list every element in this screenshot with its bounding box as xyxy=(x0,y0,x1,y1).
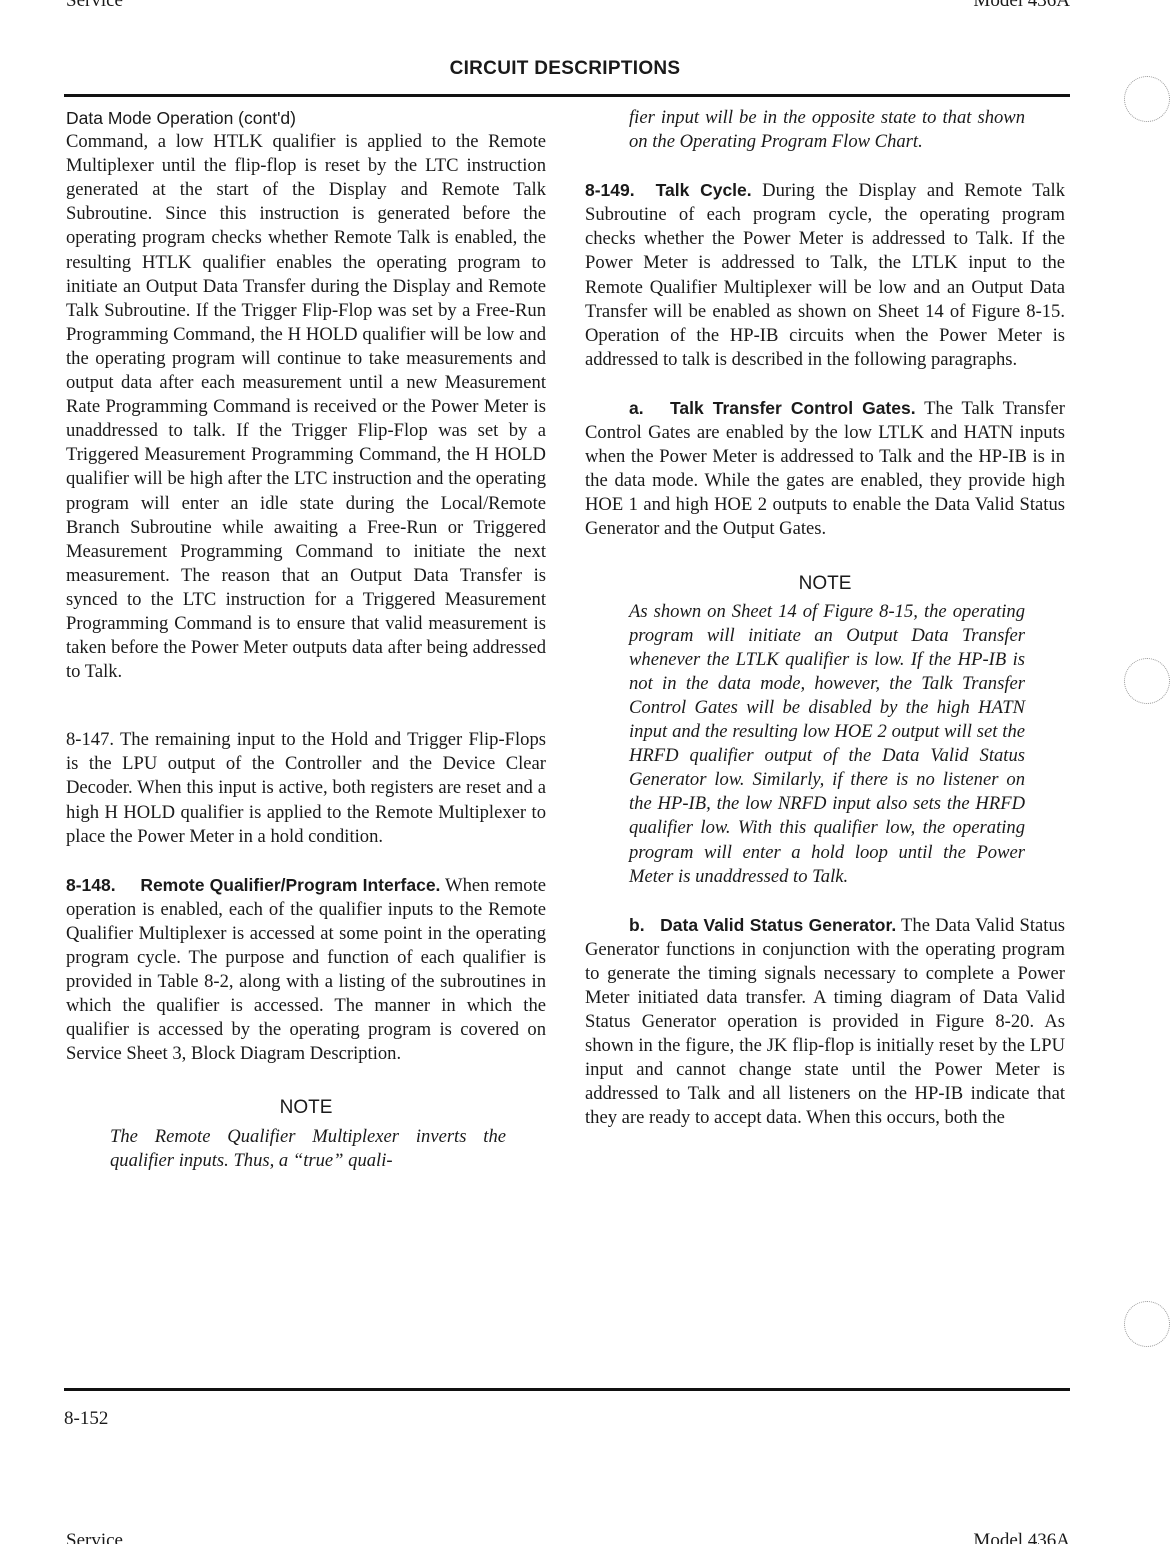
running-header-left: Service xyxy=(66,0,123,12)
subparagraph-text: The Talk Transfer Control Gates are enab… xyxy=(585,398,1065,539)
subparagraph-b: b. Data Valid Status Generator. The Data… xyxy=(585,913,1065,1131)
note-continued-body: fier input will be in the opposite state… xyxy=(585,106,1065,154)
paragraph-text: During the Display and Remote Talk Subro… xyxy=(585,180,1065,370)
top-rule-divider xyxy=(64,94,1070,97)
paragraph-text: When remote operation is enabled, each o… xyxy=(66,875,546,1065)
subparagraph-label: b. xyxy=(629,915,645,935)
running-header-right: Model 436A xyxy=(973,0,1070,12)
page-number: 8-152 xyxy=(64,1408,108,1430)
punch-hole-middle xyxy=(1124,658,1170,704)
paragraph-text: The remaining input to the Hold and Trig… xyxy=(66,729,546,846)
section-title: CIRCUIT DESCRIPTIONS xyxy=(0,58,1130,80)
right-column: fier input will be in the opposite state… xyxy=(585,106,1065,1131)
paragraph-number: 8-149. xyxy=(585,180,635,200)
paragraph-number: 8-148. xyxy=(66,875,116,895)
subparagraph-title: Data Valid Status Generator. xyxy=(660,915,896,935)
paragraph-8-148: 8-148. Remote Qualifier/Program Interfac… xyxy=(66,873,546,1067)
bottom-rule-divider xyxy=(64,1388,1070,1391)
subparagraph-text: The Data Valid Status Generator function… xyxy=(585,915,1065,1129)
continued-heading: Data Mode Operation (cont'd) xyxy=(66,106,546,130)
subparagraph-title: Talk Transfer Control Gates. xyxy=(670,398,916,418)
note-title: NOTE xyxy=(585,572,1065,596)
running-footer-left: Service xyxy=(66,1530,123,1544)
punch-hole-top xyxy=(1124,76,1170,122)
paragraph-title: Talk Cycle. xyxy=(656,180,752,200)
paragraph-number: 8-147. xyxy=(66,729,114,750)
running-footer-right: Model 436A xyxy=(973,1530,1070,1544)
punch-hole-bottom xyxy=(1124,1301,1170,1347)
continued-paragraph: Command, a low HTLK qualifier is applied… xyxy=(66,130,546,684)
note-body: As shown on Sheet 14 of Figure 8-15, the… xyxy=(585,600,1065,889)
paragraph-title: Remote Qualifier/Program Interface. xyxy=(140,875,440,895)
paragraph-8-149: 8-149. Talk Cycle. During the Display an… xyxy=(585,178,1065,372)
note-body: The Remote Qualifier Multiplexer inverts… xyxy=(66,1125,546,1173)
note-title: NOTE xyxy=(66,1096,546,1120)
paragraph-8-147: 8-147. The remaining input to the Hold a… xyxy=(66,728,546,848)
left-column: Data Mode Operation (cont'd) Command, a … xyxy=(66,106,546,1173)
subparagraph-label: a. xyxy=(629,398,644,418)
subparagraph-a: a. Talk Transfer Control Gates. The Talk… xyxy=(585,396,1065,542)
